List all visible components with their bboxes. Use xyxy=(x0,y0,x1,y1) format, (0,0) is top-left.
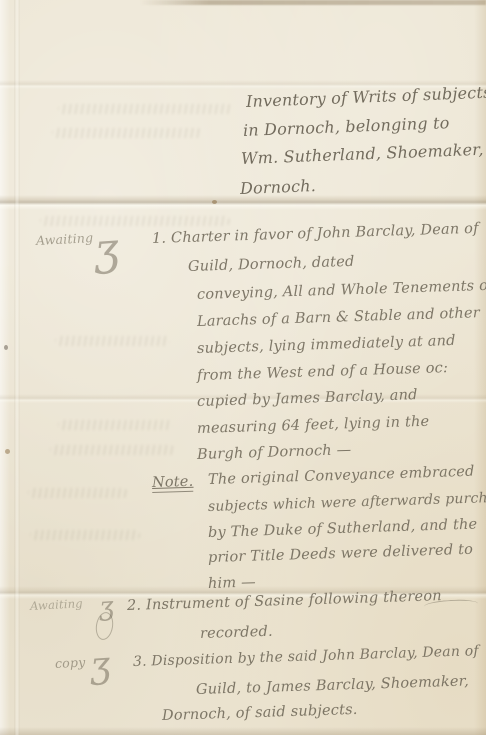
manuscript-line: recorded. xyxy=(200,624,273,642)
manuscript-line: Larachs of a Barn & Stable and other xyxy=(197,305,480,330)
heading-line: in Dornoch, belonging to xyxy=(243,113,450,140)
manuscript-line: measuring 64 feet, lying in the xyxy=(197,414,430,437)
heading-line: Inventory of Writs of subjects xyxy=(246,83,486,111)
bleed-through-mark xyxy=(52,128,202,138)
paper-bottom-edge xyxy=(0,727,486,735)
heading-line: Wm. Sutherland, Shoemaker, xyxy=(241,140,484,168)
manuscript-line: Guild, Dornoch, dated xyxy=(188,254,355,275)
margin-note-awaiting: Awaiting xyxy=(36,230,94,248)
paper-speck xyxy=(212,200,217,204)
manuscript-line: Burgh of Dornoch — xyxy=(197,442,352,463)
note-line: by The Duke of Sutherland, and the xyxy=(208,517,478,541)
manuscript-line: 1. Charter in favor of John Barclay, Dea… xyxy=(152,221,479,247)
manuscript-line: Dornoch, of said subjects. xyxy=(162,702,358,724)
margin-flourish-icon: ʒ xyxy=(92,227,120,273)
bleed-through-mark xyxy=(58,104,233,114)
note-label: Note. xyxy=(152,474,194,493)
note-line: The original Conveyance embraced xyxy=(208,464,475,488)
manuscript-line: subjects, lying immediately at and xyxy=(197,333,456,357)
manuscript-line: conveying, All and Whole Tenements or xyxy=(197,278,486,303)
paper-speck xyxy=(5,449,10,454)
bleed-through-mark xyxy=(30,530,140,540)
heading-line: Dornoch. xyxy=(240,176,317,198)
manuscript-line: cupied by James Barclay, and xyxy=(197,387,418,410)
bleed-through-mark xyxy=(40,216,230,226)
paper-top-edge xyxy=(0,0,486,5)
margin-note-awaiting: Awaiting xyxy=(30,596,84,613)
manuscript-line: Guild, to James Barclay, Shoemaker, xyxy=(196,673,469,698)
bleed-through-mark xyxy=(50,445,175,455)
manuscript-line: from the West end of a House oc: xyxy=(197,360,449,384)
bleed-through-mark xyxy=(58,420,173,430)
manuscript-page: Inventory of Writs of subjects in Dornoc… xyxy=(0,0,486,735)
margin-note-copy: copy xyxy=(55,654,86,671)
fold-crease-vertical xyxy=(14,0,20,735)
paper-left-edge xyxy=(0,0,10,735)
bleed-through-mark xyxy=(28,488,128,498)
paper-right-edge xyxy=(474,0,486,735)
manuscript-line: 3. Disposition by the said John Barclay,… xyxy=(133,643,479,670)
note-line: prior Title Deeds were delivered to xyxy=(208,542,474,566)
margin-flourish-icon: ʒ xyxy=(89,647,112,684)
note-line: subjects which were afterwards purchased xyxy=(208,489,486,515)
bleed-through-mark xyxy=(55,336,170,346)
note-line: him — xyxy=(208,575,256,592)
paper-speck xyxy=(4,345,8,350)
manuscript-line: 2. Instrument of Sasine following thereo… xyxy=(127,588,442,614)
